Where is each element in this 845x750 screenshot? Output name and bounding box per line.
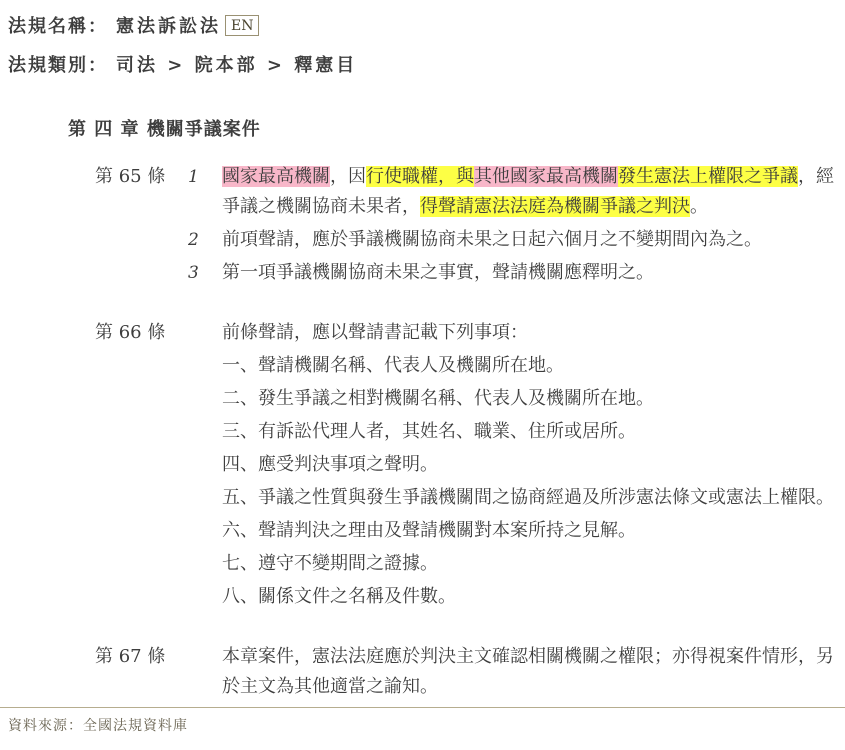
paragraph-text: 二、發生爭議之相對機關名稱、代表人及機關所在地。 (222, 384, 838, 414)
paragraph-row: 八、關係文件之名稱及件數。 (188, 582, 845, 612)
text-segment: 七、遵守不變期間之證據。 (222, 553, 438, 574)
law-category-label: 法規類別： (8, 55, 108, 76)
paragraph-text: 前條聲請，應以聲請書記載下列事項： (222, 318, 838, 348)
paragraph-number (188, 318, 222, 348)
paragraph-number (188, 516, 222, 546)
paragraph-number: 3 (188, 258, 222, 288)
article-body: 本章案件，憲法法庭應於判決主文確認相關機關之權限；亦得視案件情形，另於主文為其他… (188, 642, 845, 705)
articles: 第 65 條1國家最高機關，因行使職權，與其他國家最高機關發生憲法上權限之爭議，… (0, 162, 845, 705)
text-segment: 本章案件，憲法法庭應於判決主文確認相關機關之權限；亦得視案件情形，另於主文為其他… (222, 646, 834, 697)
paragraph-number (188, 351, 222, 381)
paragraph-text: 四、應受判決事項之聲明。 (222, 450, 838, 480)
text-segment: 六、聲請判決之理由及聲請機關對本案所持之見解。 (222, 520, 636, 541)
paragraph-number (188, 582, 222, 612)
text-segment: 三、有訴訟代理人者，其姓名、職業、住所或居所。 (222, 421, 636, 442)
paragraph-number (188, 642, 222, 702)
text-segment: 二、發生爭議之相對機關名稱、代表人及機關所在地。 (222, 388, 654, 409)
highlighted-segment: 行使職權，與 (366, 166, 474, 187)
paragraph-text: 八、關係文件之名稱及件數。 (222, 582, 838, 612)
article-body: 1國家最高機關，因行使職權，與其他國家最高機關發生憲法上權限之爭議，經爭議之機關… (188, 162, 845, 291)
law-name-value: 憲法訴訟法 (116, 16, 221, 37)
paragraph-row: 七、遵守不變期間之證據。 (188, 549, 845, 579)
article-number-label: 第 67 條 (95, 642, 188, 705)
chapter-heading: 第 四 章 機關爭議案件 (68, 115, 845, 141)
paragraph-text: 六、聲請判決之理由及聲請機關對本案所持之見解。 (222, 516, 838, 546)
paragraph-text: 第一項爭議機關協商未果之事實，聲請機關應釋明之。 (222, 258, 838, 288)
law-name-label: 法規名稱： (8, 16, 108, 37)
paragraph-text: 國家最高機關，因行使職權，與其他國家最高機關發生憲法上權限之爭議，經爭議之機關協… (222, 162, 838, 222)
highlighted-segment: 國家最高機關 (222, 166, 330, 187)
article-block: 第 65 條1國家最高機關，因行使職權，與其他國家最高機關發生憲法上權限之爭議，… (0, 162, 845, 291)
text-segment: 前條聲請，應以聲請書記載下列事項： (222, 322, 528, 343)
paragraph-row: 四、應受判決事項之聲明。 (188, 450, 845, 480)
text-segment: 一、聲請機關名稱、代表人及機關所在地。 (222, 355, 564, 376)
paragraph-text: 一、聲請機關名稱、代表人及機關所在地。 (222, 351, 838, 381)
data-source-note: 資料來源：全國法規資料庫 (0, 708, 845, 735)
paragraph-text: 三、有訴訟代理人者，其姓名、職業、住所或居所。 (222, 417, 838, 447)
paragraph-row: 五、爭議之性質與發生爭議機關間之協商經過及所涉憲法條文或憲法上權限。 (188, 483, 845, 513)
paragraph-number: 2 (188, 225, 222, 255)
paragraph-number (188, 417, 222, 447)
text-segment: 五、爭議之性質與發生爭議機關間之協商經過及所涉憲法條文或憲法上權限。 (222, 487, 834, 508)
article-block: 第 66 條前條聲請，應以聲請書記載下列事項：一、聲請機關名稱、代表人及機關所在… (0, 318, 845, 615)
paragraph-number (188, 549, 222, 579)
paragraph-text: 五、爭議之性質與發生爭議機關間之協商經過及所涉憲法條文或憲法上權限。 (222, 483, 838, 513)
article-block: 第 67 條本章案件，憲法法庭應於判決主文確認相關機關之權限；亦得視案件情形，另… (0, 642, 845, 705)
highlighted-segment: 其他國家最高機關 (474, 166, 618, 187)
highlighted-segment: 發生憲法上權限之爭議 (618, 166, 798, 187)
paragraph-text: 本章案件，憲法法庭應於判決主文確認相關機關之權限；亦得視案件情形，另於主文為其他… (222, 642, 838, 702)
paragraph-row: 一、聲請機關名稱、代表人及機關所在地。 (188, 351, 845, 381)
paragraph-text: 七、遵守不變期間之證據。 (222, 549, 838, 579)
article-number-label: 第 66 條 (95, 318, 188, 615)
text-segment: ，因 (330, 166, 366, 187)
paragraph-row: 二、發生爭議之相對機關名稱、代表人及機關所在地。 (188, 384, 845, 414)
highlighted-segment: 得聲請憲法法庭為機關爭議之判決 (420, 196, 690, 217)
paragraph-number (188, 450, 222, 480)
law-name-row: 法規名稱：憲法訴訟法EN (8, 14, 837, 40)
english-version-button[interactable]: EN (225, 15, 259, 36)
paragraph-row: 前條聲請，應以聲請書記載下列事項： (188, 318, 845, 348)
paragraph-row: 本章案件，憲法法庭應於判決主文確認相關機關之權限；亦得視案件情形，另於主文為其他… (188, 642, 845, 702)
page-footer: 資料來源：全國法規資料庫 (0, 707, 845, 735)
text-segment: 四、應受判決事項之聲明。 (222, 454, 438, 475)
text-segment: 。 (690, 196, 708, 217)
law-category-breadcrumb: 司法 > 院本部 > 釋憲目 (116, 55, 357, 76)
law-article-page: 法規名稱：憲法訴訟法EN 法規類別：司法 > 院本部 > 釋憲目 第 四 章 機… (0, 0, 845, 750)
article-body: 前條聲請，應以聲請書記載下列事項：一、聲請機關名稱、代表人及機關所在地。二、發生… (188, 318, 845, 615)
paragraph-text: 前項聲請，應於爭議機關協商未果之日起六個月之不變期間內為之。 (222, 225, 838, 255)
paragraph-number: 1 (188, 162, 222, 222)
law-category-row: 法規類別：司法 > 院本部 > 釋憲目 (8, 53, 837, 79)
paragraph-row: 2前項聲請，應於爭議機關協商未果之日起六個月之不變期間內為之。 (188, 225, 845, 255)
paragraph-row: 1國家最高機關，因行使職權，與其他國家最高機關發生憲法上權限之爭議，經爭議之機關… (188, 162, 845, 222)
paragraph-number (188, 483, 222, 513)
page-header: 法規名稱：憲法訴訟法EN 法規類別：司法 > 院本部 > 釋憲目 (0, 0, 845, 79)
article-number-label: 第 65 條 (95, 162, 188, 291)
text-segment: 前項聲請，應於爭議機關協商未果之日起六個月之不變期間內為之。 (222, 229, 762, 250)
text-segment: 八、關係文件之名稱及件數。 (222, 586, 456, 607)
paragraph-row: 三、有訴訟代理人者，其姓名、職業、住所或居所。 (188, 417, 845, 447)
paragraph-row: 六、聲請判決之理由及聲請機關對本案所持之見解。 (188, 516, 845, 546)
paragraph-row: 3第一項爭議機關協商未果之事實，聲請機關應釋明之。 (188, 258, 845, 288)
text-segment: 第一項爭議機關協商未果之事實，聲請機關應釋明之。 (222, 262, 654, 283)
paragraph-number (188, 384, 222, 414)
